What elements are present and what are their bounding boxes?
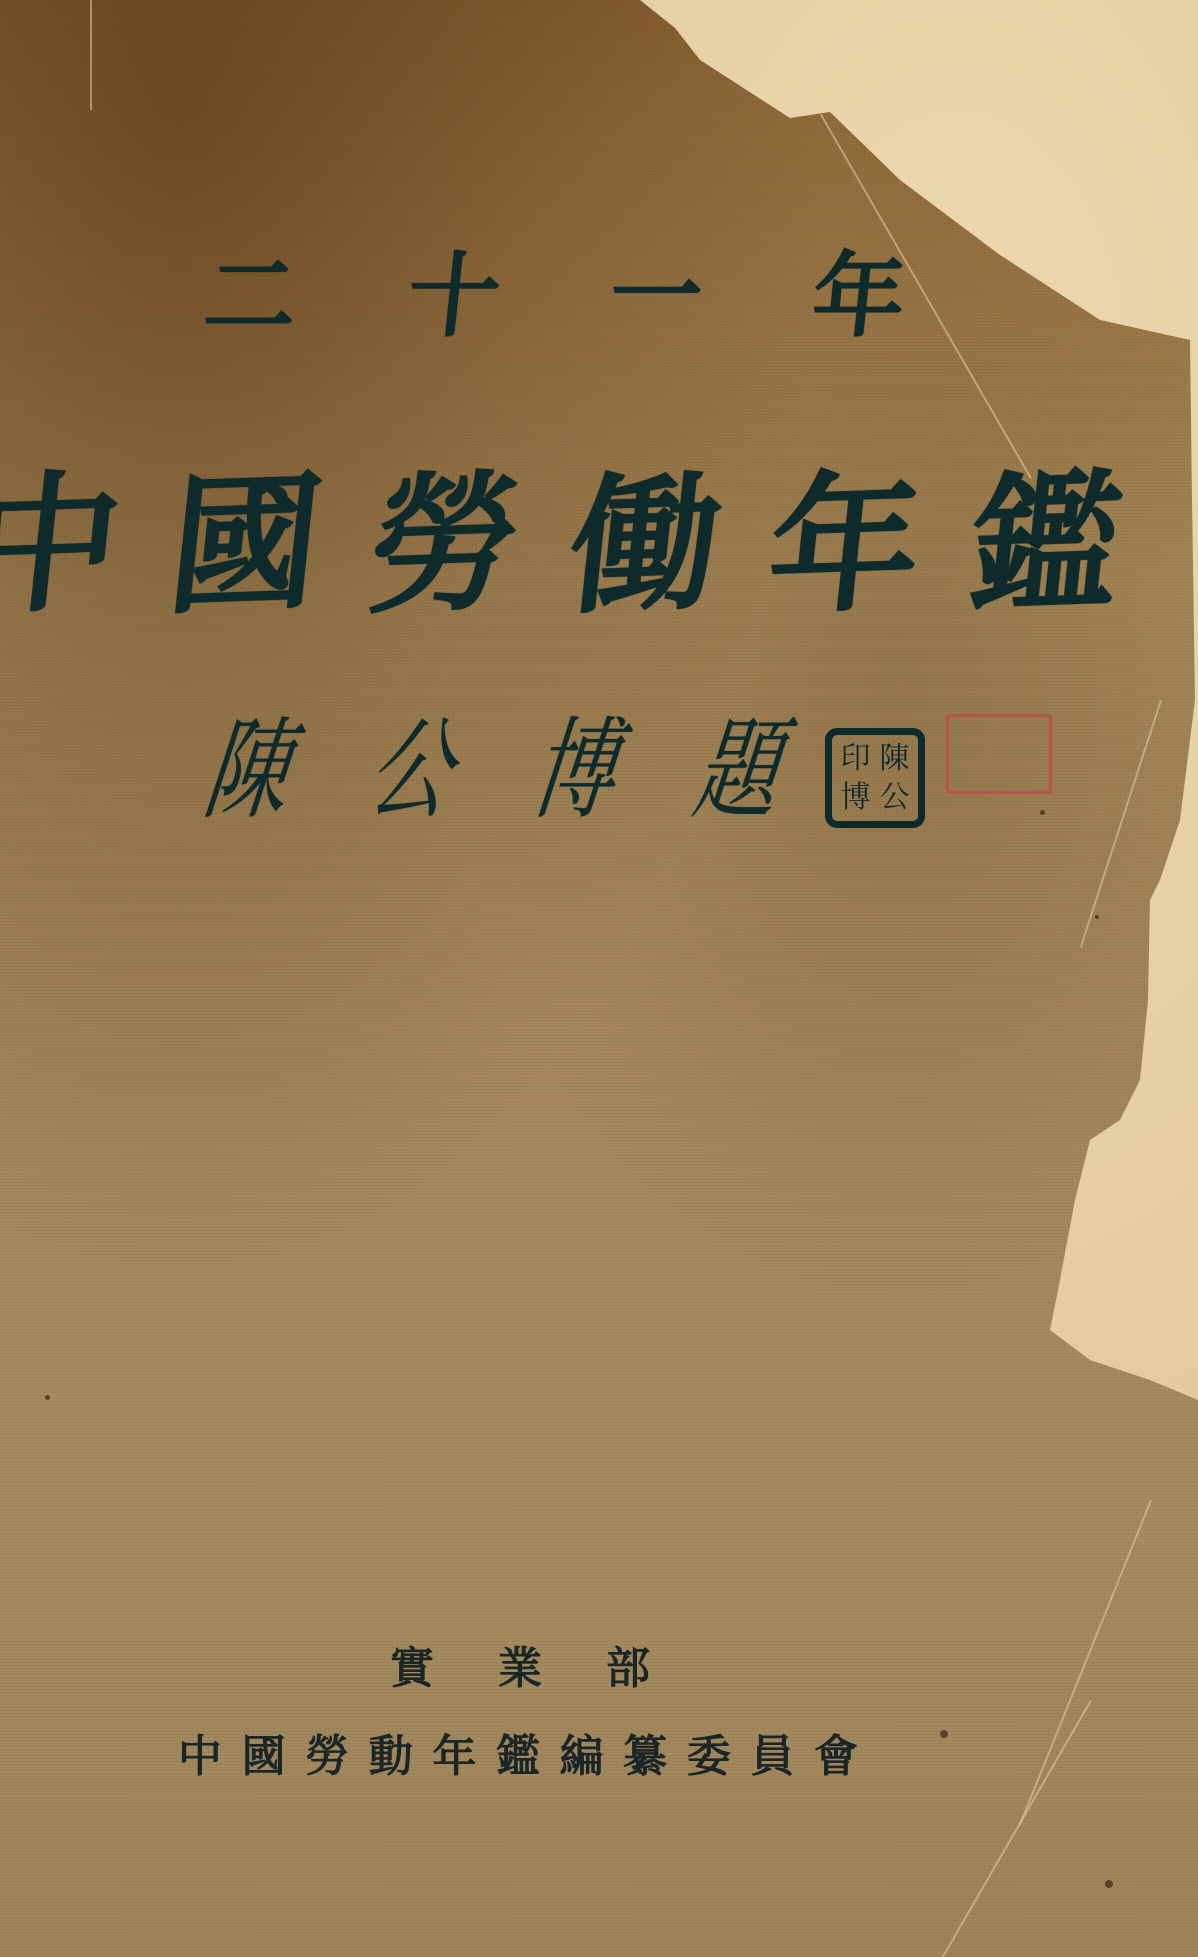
publisher-char: 實 <box>390 1647 434 1691</box>
stain-spot <box>940 1730 948 1738</box>
title-char: 鑑 <box>962 467 1128 622</box>
committee-char: 中 <box>178 1735 222 1779</box>
committee-char: 委 <box>687 1735 731 1779</box>
seal-char: 印 <box>836 739 875 778</box>
crease-mark <box>1080 700 1162 948</box>
stain-spot <box>1040 810 1045 815</box>
stain-spot <box>1095 915 1099 919</box>
crease-mark <box>940 1700 1092 1957</box>
committee-char: 會 <box>814 1735 858 1779</box>
inscription-char: 博 <box>523 715 641 825</box>
title-char: 中 <box>0 467 128 622</box>
committee-char: 動 <box>369 1735 413 1779</box>
crease-mark <box>90 0 92 110</box>
seal-char: 陳 <box>875 739 914 778</box>
publisher-char: 業 <box>498 1647 542 1691</box>
calligrapher-inscription: 陳 公 博 題 <box>200 715 800 825</box>
stain-spot <box>45 1395 50 1400</box>
editorial-committee: 中 國 勞 動 年 鑑 編 纂 委 員 會 <box>178 1735 858 1779</box>
inscription-char: 公 <box>359 715 477 825</box>
inscription-char: 題 <box>686 715 804 825</box>
title-char: 働 <box>562 467 728 622</box>
seal-char <box>953 721 999 754</box>
year-char: 一 <box>605 250 707 342</box>
seal-char: 公 <box>875 778 914 817</box>
committee-char: 編 <box>560 1735 604 1779</box>
inscription-char: 陳 <box>196 715 314 825</box>
year-char: 年 <box>808 250 910 342</box>
committee-char: 員 <box>750 1735 794 1779</box>
seal-char <box>999 721 1045 754</box>
seal-char <box>999 754 1045 787</box>
dark-seal-stamp: 印 陳 博 公 <box>825 728 925 828</box>
year-heading: 二 十 一 年 <box>205 250 905 342</box>
year-char: 十 <box>403 250 505 342</box>
book-title: 中 國 勞 働 年 鑑 <box>0 470 1120 620</box>
committee-char: 國 <box>242 1735 286 1779</box>
title-char: 年 <box>762 467 928 622</box>
title-char: 勞 <box>362 467 528 622</box>
red-seal-stamp <box>946 714 1052 794</box>
crease-mark <box>1019 1500 1152 1825</box>
title-char: 國 <box>162 467 328 622</box>
committee-char: 纂 <box>623 1735 667 1779</box>
publisher-char: 部 <box>606 1647 650 1691</box>
seal-char <box>953 754 999 787</box>
committee-char: 年 <box>432 1735 476 1779</box>
stain-spot <box>1105 1880 1113 1888</box>
committee-char: 鑑 <box>496 1735 540 1779</box>
committee-char: 勞 <box>305 1735 349 1779</box>
seal-char: 博 <box>836 778 875 817</box>
year-char: 二 <box>200 250 302 342</box>
publisher-name: 實 業 部 <box>390 1647 650 1691</box>
